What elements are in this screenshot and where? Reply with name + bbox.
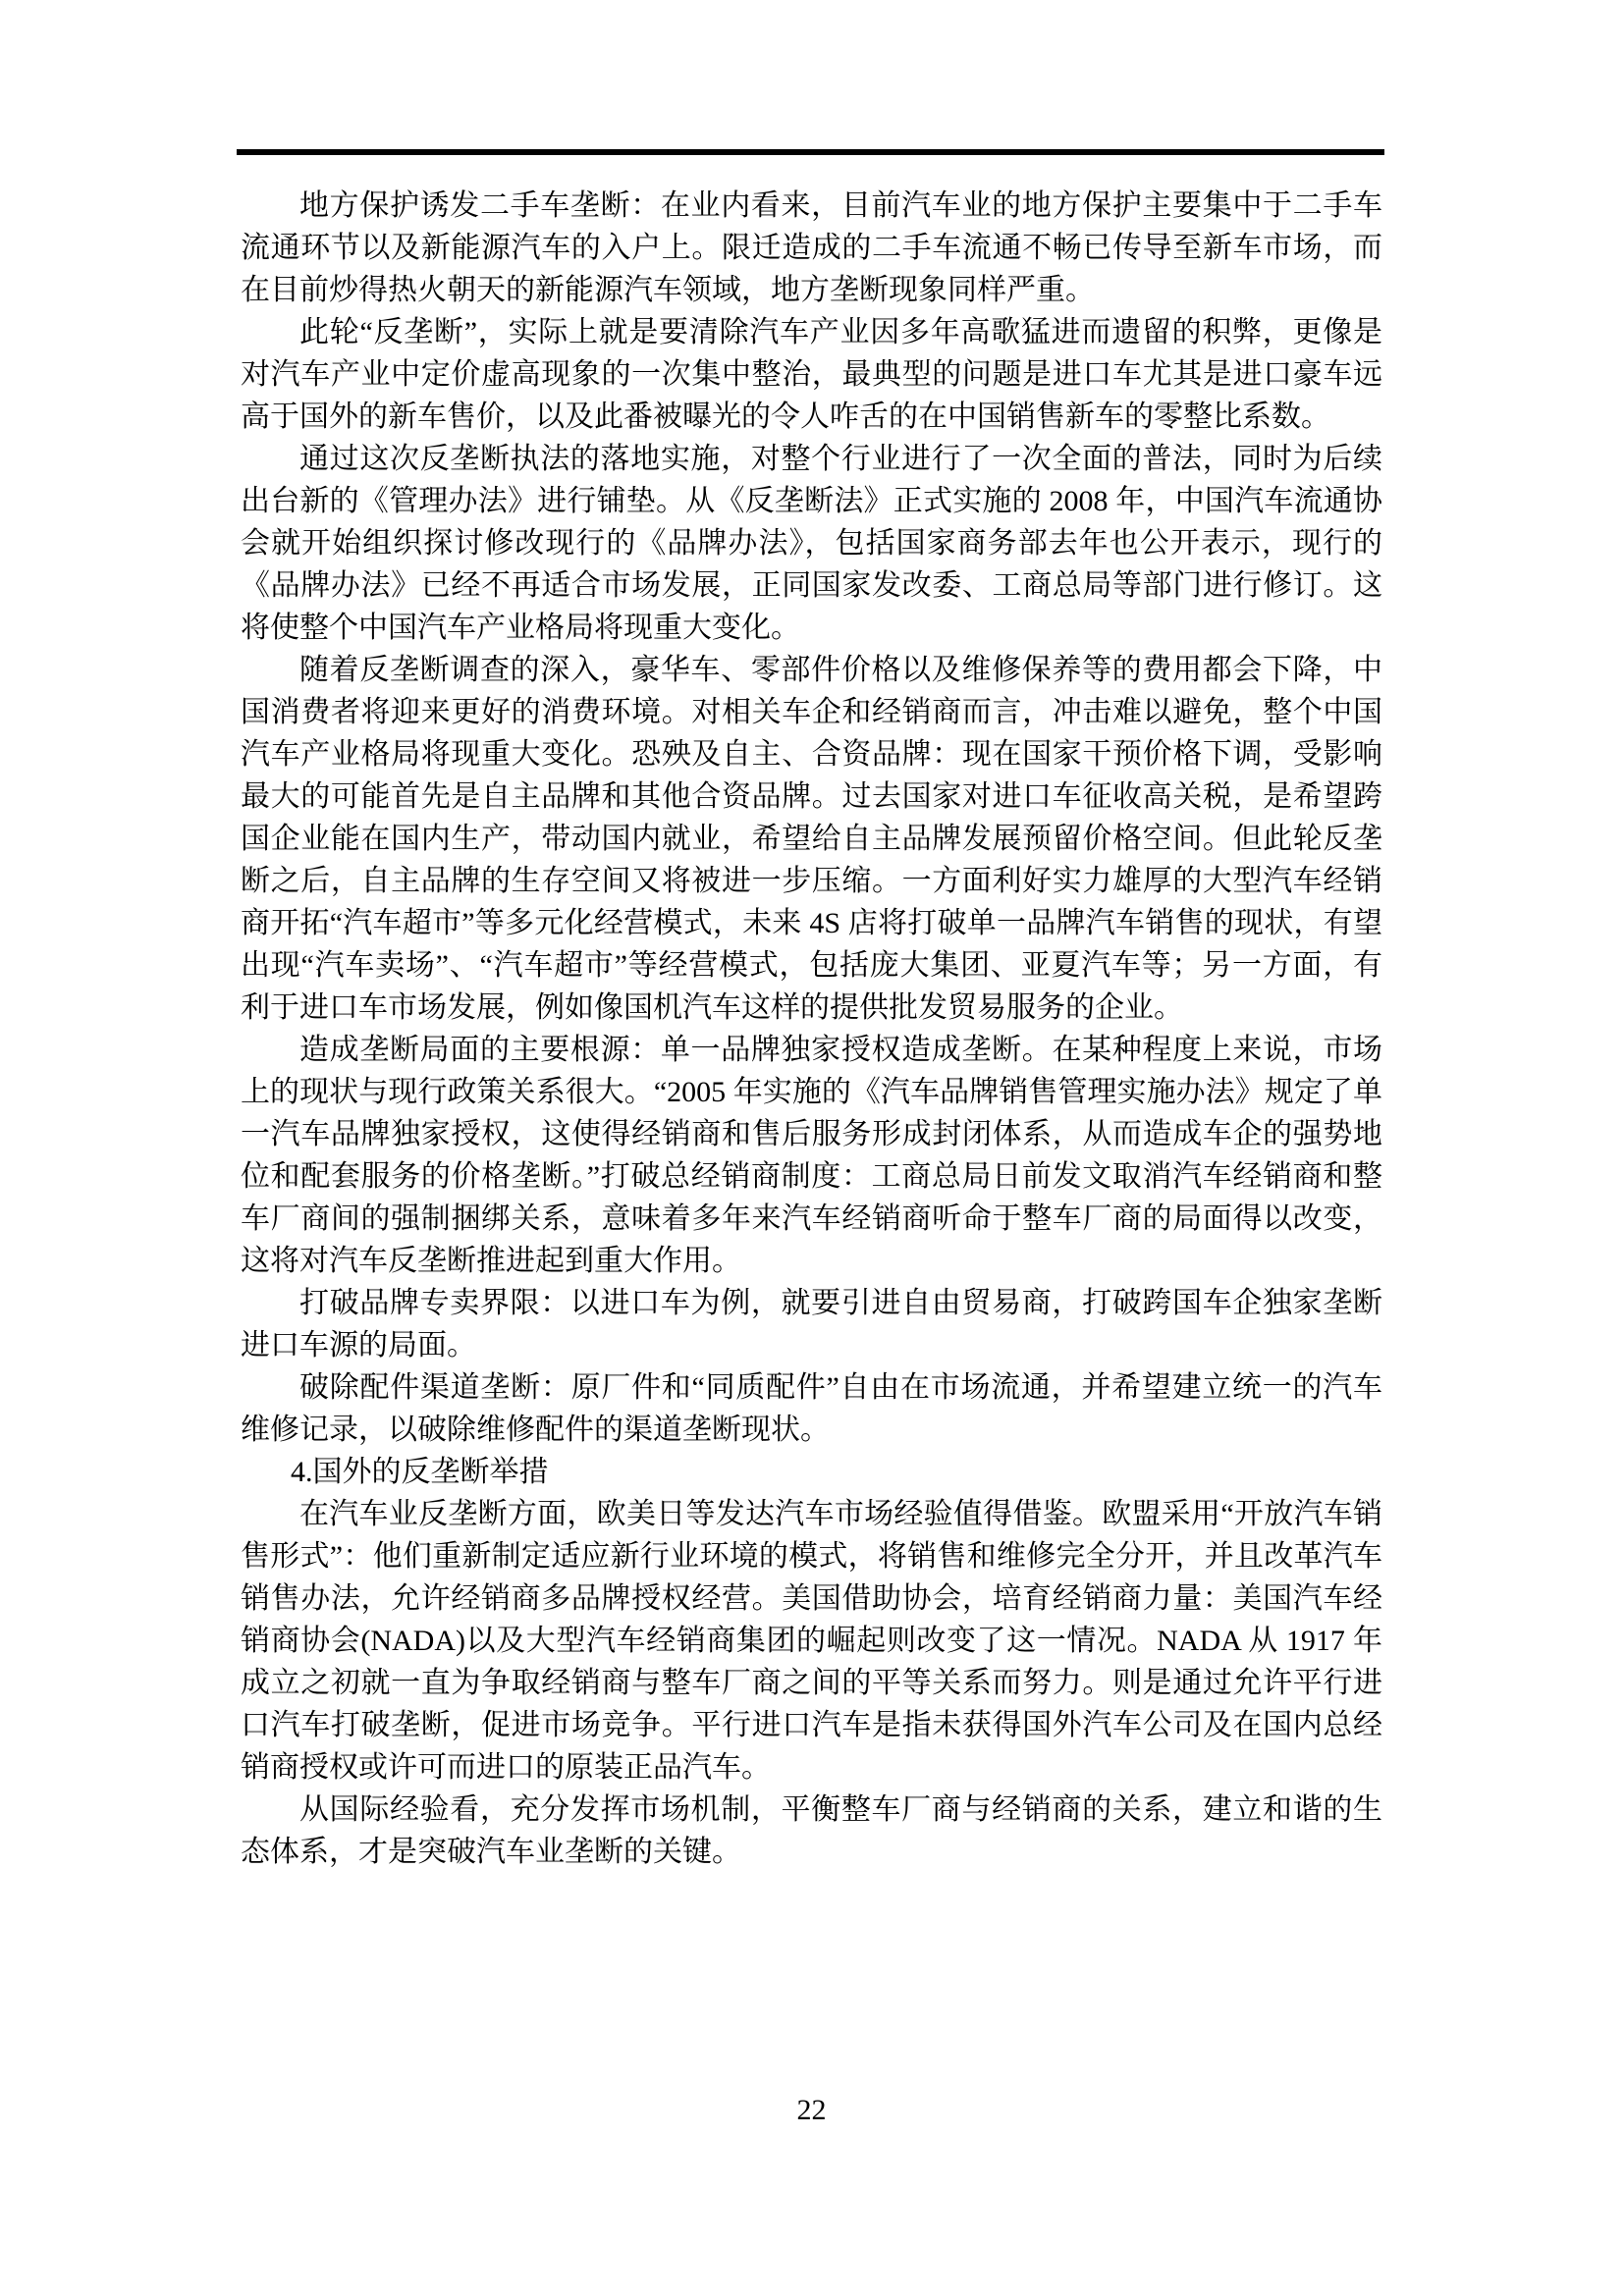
document-body: 地方保护诱发二手车垄断：在业内看来，目前汽车业的地方保护主要集中于二手车流通环节… xyxy=(241,185,1382,1873)
paragraph: 造成垄断局面的主要根源：单一品牌独家授权造成垄断。在某种程度上来说，市场上的现状… xyxy=(241,1029,1382,1282)
page-footer: 22 xyxy=(241,2093,1382,2128)
paragraph: 地方保护诱发二手车垄断：在业内看来，目前汽车业的地方保护主要集中于二手车流通环节… xyxy=(241,185,1382,311)
paragraph: 随着反垄断调查的深入，豪华车、零部件价格以及维修保养等的费用都会下降，中国消费者… xyxy=(241,649,1382,1029)
page-number: 22 xyxy=(797,2094,827,2126)
paragraph: 此轮“反垄断”，实际上就是要清除汽车产业因多年高歌猛进而遗留的积弊，更像是对汽车… xyxy=(241,311,1382,438)
paragraph: 在汽车业反垄断方面，欧美日等发达汽车市场经验值得借鉴。欧盟采用“开放汽车销售形式… xyxy=(241,1493,1382,1789)
header-rule xyxy=(237,149,1384,155)
paragraph: 从国际经验看，充分发挥市场机制，平衡整车厂商与经销商的关系，建立和谐的生态体系，… xyxy=(241,1789,1382,1873)
document-page: 地方保护诱发二手车垄断：在业内看来，目前汽车业的地方保护主要集中于二手车流通环节… xyxy=(0,0,1624,2296)
paragraph: 打破品牌专卖界限：以进口车为例，就要引进自由贸易商，打破跨国车企独家垄断进口车源… xyxy=(241,1282,1382,1366)
paragraph: 破除配件渠道垄断：原厂件和“同质配件”自由在市场流通，并希望建立统一的汽车维修记… xyxy=(241,1366,1382,1451)
paragraph: 通过这次反垄断执法的落地实施，对整个行业进行了一次全面的普法，同时为后续出台新的… xyxy=(241,438,1382,649)
section-heading: 4.国外的反垄断举措 xyxy=(241,1451,1382,1493)
